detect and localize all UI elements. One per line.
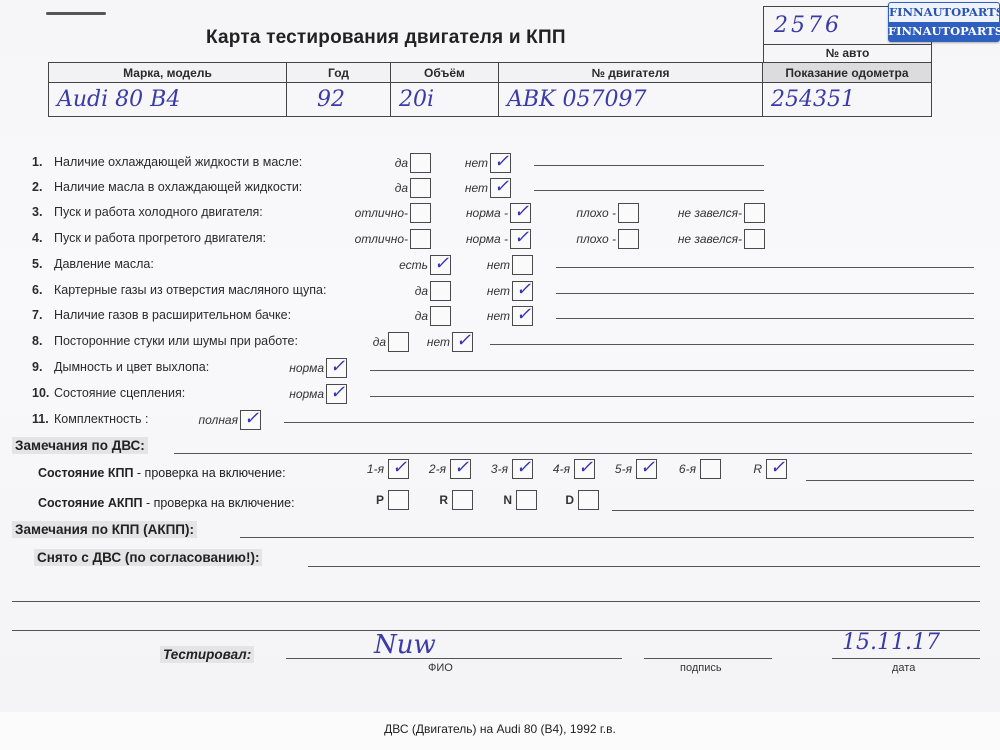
value-engine-number: ABK 057097 <box>499 83 763 117</box>
notes-line-1[interactable] <box>12 601 980 602</box>
gear-label: 3-я <box>472 462 508 476</box>
question-text: Наличие газов в расширительном бачке: <box>54 308 291 322</box>
question-text: Картерные газы из отверстия масляного щу… <box>54 283 326 297</box>
question-text: Пуск и работа прогретого двигателя: <box>54 231 266 245</box>
removed-label: Снято с ДВС (по согласованию!): <box>34 549 262 566</box>
auto-gearbox-label: Состояние АКПП - проверка на включение: <box>38 496 295 510</box>
question-number: 11. <box>32 412 54 426</box>
option-label: да <box>350 335 386 349</box>
header-odometer: Показание одометра <box>763 63 932 83</box>
checkbox[interactable]: ✓ <box>430 255 451 275</box>
option-label: плохо - <box>554 232 616 246</box>
question-1: 1.Наличие охлаждающей жидкости в масле: <box>32 155 302 169</box>
notes-line[interactable] <box>490 344 974 345</box>
checkbox[interactable] <box>618 229 639 249</box>
checkbox[interactable] <box>410 153 431 173</box>
question-text: Пуск и работа холодного двигателя: <box>54 205 263 219</box>
question-6: 6.Картерные газы из отверстия масляного … <box>32 283 326 297</box>
gear-label: 1-я <box>348 462 384 476</box>
option-label: нет <box>446 181 488 195</box>
option-label: нет <box>446 156 488 170</box>
check-mark-icon: ✓ <box>770 457 785 478</box>
question-text: Состояние сцепления: <box>54 386 185 400</box>
check-mark-icon: ✓ <box>516 457 531 478</box>
gear-checkbox[interactable]: ✓ <box>388 459 409 479</box>
question-text: Наличие охлаждающей жидкости в масле: <box>54 155 302 169</box>
option-label: норма - <box>448 232 508 246</box>
notes-line[interactable] <box>284 422 974 423</box>
question-number: 5. <box>32 257 54 271</box>
gear-label: 4-я <box>534 462 570 476</box>
option-label: отлично- <box>320 206 408 220</box>
option-label: нет <box>466 258 510 272</box>
table-value-row: Audi 80 B4 92 20i ABK 057097 254351 <box>49 83 932 117</box>
notes-line[interactable] <box>534 190 764 191</box>
notes-line[interactable] <box>556 318 974 319</box>
option-label: да <box>384 309 428 323</box>
question-3: 3.Пуск и работа холодного двигателя: <box>32 205 263 219</box>
gear-label: P <box>348 493 384 507</box>
question-text: Наличие масла в охлаждающей жидкости: <box>54 180 302 194</box>
check-mark-icon: ✓ <box>578 457 593 478</box>
value-make-model: Audi 80 B4 <box>49 83 287 117</box>
remarks-gearbox-label: Замечания по КПП (АКПП): <box>12 521 197 538</box>
gear-label: N <box>476 493 512 507</box>
option-label: нет <box>466 309 510 323</box>
checkbox[interactable]: ✓ <box>512 306 533 326</box>
gear-checkbox[interactable]: ✓ <box>766 459 787 479</box>
value-volume: 20i <box>391 83 499 117</box>
check-mark-icon: ✓ <box>454 457 469 478</box>
question-10: 10.Состояние сцепления: <box>32 386 185 400</box>
notes-line[interactable] <box>556 267 974 268</box>
option-label: полная <box>166 413 238 427</box>
question-number: 10. <box>32 386 54 400</box>
gear-label: 5-я <box>596 462 632 476</box>
checkbox[interactable] <box>744 203 765 223</box>
watermark-badge: FINNAUTOPARTS FINNAUTOPARTS <box>888 2 1000 42</box>
option-label: нет <box>406 335 450 349</box>
question-7: 7.Наличие газов в расширительном бачке: <box>32 308 291 322</box>
checkbox[interactable] <box>430 281 451 301</box>
signature-line[interactable] <box>644 658 772 659</box>
gear-label: 2-я <box>410 462 446 476</box>
notes-line[interactable] <box>556 293 974 294</box>
checkbox[interactable]: ✓ <box>240 410 261 430</box>
checkbox[interactable]: ✓ <box>510 203 531 223</box>
gear-checkbox[interactable] <box>578 490 599 510</box>
manual-gearbox-label: Состояние КПП - проверка на включение: <box>38 466 286 480</box>
question-number: 6. <box>32 283 54 297</box>
check-mark-icon: ✓ <box>516 279 531 300</box>
checkbox[interactable] <box>410 229 431 249</box>
remarks-engine-label: Замечания по ДВС: <box>12 437 148 454</box>
check-mark-icon: ✓ <box>494 151 509 172</box>
fio-line[interactable] <box>286 658 622 659</box>
check-mark-icon: ✓ <box>330 382 345 403</box>
signature-label: подпись <box>680 662 722 674</box>
checkbox[interactable] <box>744 229 765 249</box>
gear-checkbox[interactable] <box>700 459 721 479</box>
fio-label: ФИО <box>428 662 453 674</box>
question-number: 4. <box>32 231 54 245</box>
pen-scratch <box>46 12 106 15</box>
question-number: 2. <box>32 180 54 194</box>
gear-checkbox[interactable]: ✓ <box>450 459 471 479</box>
check-mark-icon: ✓ <box>640 457 655 478</box>
check-mark-icon: ✓ <box>330 356 345 377</box>
checkbox[interactable] <box>410 178 431 198</box>
question-text: Посторонние стуки или шумы при работе: <box>54 334 298 348</box>
gear-checkbox[interactable] <box>452 490 473 510</box>
checkbox[interactable] <box>512 255 533 275</box>
form-title: Карта тестирования двигателя и КПП <box>206 27 566 49</box>
check-mark-icon: ✓ <box>494 176 509 197</box>
notes-line[interactable] <box>534 165 764 166</box>
watermark-text-2: FINNAUTOPARTS <box>888 22 1000 40</box>
option-label: да <box>368 156 408 170</box>
option-label: не завелся- <box>638 232 742 246</box>
question-text: Дымность и цвет выхлопа: <box>54 360 209 374</box>
question-2: 2.Наличие масла в охлаждающей жидкости: <box>32 180 302 194</box>
question-number: 7. <box>32 308 54 322</box>
removed-line[interactable] <box>308 566 980 567</box>
checkbox[interactable]: ✓ <box>452 332 473 352</box>
option-label: норма <box>266 387 324 401</box>
header-volume: Объём <box>391 63 499 83</box>
question-11: 11.Комплектность : <box>32 412 148 426</box>
table-header-row: Марка, модель Год Объём № двигателя Пока… <box>49 63 932 83</box>
gear-label: D <box>538 493 574 507</box>
checkbox[interactable]: ✓ <box>326 358 347 378</box>
option-label: отлично- <box>320 232 408 246</box>
gear-checkbox[interactable]: ✓ <box>574 459 595 479</box>
header-make-model: Марка, модель <box>49 63 287 83</box>
checkbox[interactable]: ✓ <box>512 281 533 301</box>
checkbox[interactable]: ✓ <box>490 178 511 198</box>
vehicle-info-table: Марка, модель Год Объём № двигателя Пока… <box>48 62 932 117</box>
option-label: нет <box>466 284 510 298</box>
question-9: 9.Дымность и цвет выхлопа: <box>32 360 209 374</box>
date-label: дата <box>892 662 915 674</box>
question-text: Давление масла: <box>54 257 154 271</box>
question-4: 4.Пуск и работа прогретого двигателя: <box>32 231 266 245</box>
gear-checkbox[interactable] <box>388 490 409 510</box>
notes-line[interactable] <box>370 370 974 371</box>
image-caption: ДВС (Двигатель) на Audi 80 (B4), 1992 г.… <box>0 722 1000 736</box>
header-engine-number: № двигателя <box>499 63 763 83</box>
checkbox[interactable] <box>618 203 639 223</box>
header-year: Год <box>287 63 391 83</box>
value-odometer: 254351 <box>763 83 932 117</box>
checkbox[interactable]: ✓ <box>490 153 511 173</box>
date-value: 15.11.17 <box>842 630 940 655</box>
option-label: да <box>384 284 428 298</box>
auto-gearbox-notes-line[interactable] <box>612 510 974 511</box>
check-mark-icon: ✓ <box>456 330 471 351</box>
tested-by-label: Тестировал: <box>160 646 254 663</box>
test-card-paper: Карта тестирования двигателя и КПП 2576 … <box>0 0 1000 712</box>
check-mark-icon: ✓ <box>392 457 407 478</box>
check-mark-icon: ✓ <box>434 253 449 274</box>
auto-number-value: 2576 <box>774 13 842 38</box>
gear-checkbox[interactable]: ✓ <box>636 459 657 479</box>
option-label: плохо - <box>554 206 616 220</box>
option-label: не завелся- <box>638 206 742 220</box>
auto-number-label: № авто <box>763 44 932 60</box>
option-label: норма - <box>448 206 508 220</box>
option-label: да <box>368 181 408 195</box>
value-year: 92 <box>287 83 391 117</box>
notes-line-2[interactable] <box>12 630 980 631</box>
option-label: норма <box>266 361 324 375</box>
checkbox[interactable] <box>410 203 431 223</box>
question-5: 5.Давление масла: <box>32 257 154 271</box>
check-mark-icon: ✓ <box>514 227 529 248</box>
manual-gearbox-notes-line[interactable] <box>806 480 974 481</box>
gear-checkbox[interactable] <box>516 490 537 510</box>
check-mark-icon: ✓ <box>244 408 259 429</box>
watermark-text-1: FINNAUTOPARTS <box>889 3 999 22</box>
gear-label: R <box>412 493 448 507</box>
remarks-engine-line[interactable] <box>174 453 972 454</box>
gear-label: 6-я <box>660 462 696 476</box>
option-label: есть <box>374 258 428 272</box>
question-number: 3. <box>32 205 54 219</box>
date-line[interactable] <box>832 658 980 659</box>
remarks-gearbox-line[interactable] <box>240 537 974 538</box>
question-number: 1. <box>32 155 54 169</box>
question-number: 8. <box>32 334 54 348</box>
check-mark-icon: ✓ <box>514 201 529 222</box>
question-8: 8.Посторонние стуки или шумы при работе: <box>32 334 298 348</box>
notes-line[interactable] <box>370 396 974 397</box>
question-number: 9. <box>32 360 54 374</box>
check-mark-icon: ✓ <box>516 304 531 325</box>
gear-checkbox[interactable]: ✓ <box>512 459 533 479</box>
gear-label: R <box>726 462 762 476</box>
checkbox[interactable]: ✓ <box>510 229 531 249</box>
checkbox[interactable] <box>430 306 451 326</box>
checkbox[interactable]: ✓ <box>326 384 347 404</box>
tested-by-signature: Nuw <box>374 630 436 660</box>
question-text: Комплектность : <box>54 412 148 426</box>
